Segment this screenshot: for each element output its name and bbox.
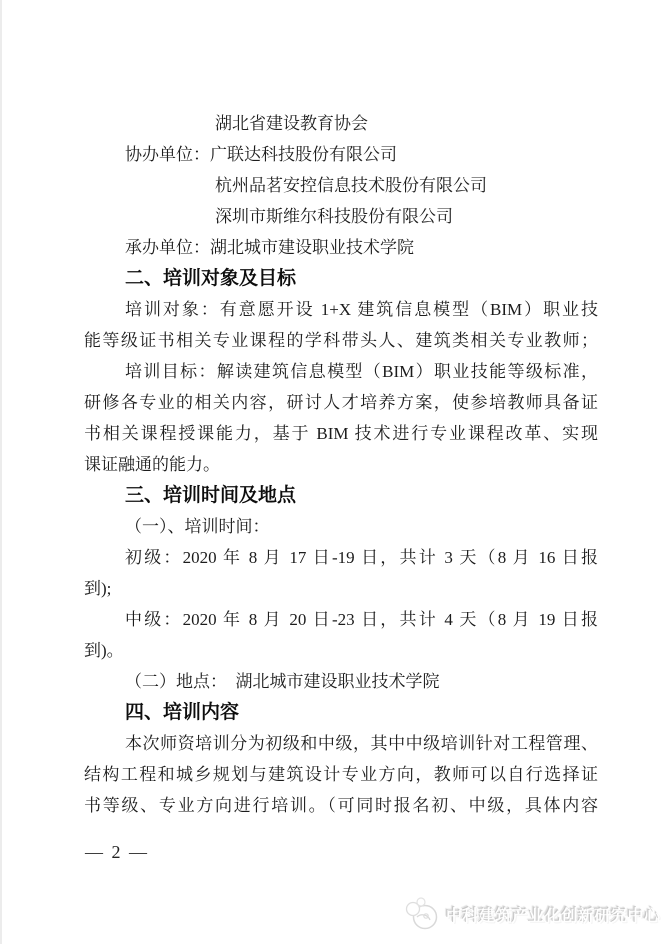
doc-line: 协办单位：广联达科技股份有限公司 xyxy=(84,139,598,170)
doc-line: 结构工程和城乡规划与建筑设计专业方向，教师可以自行选择证 xyxy=(84,759,598,790)
doc-line: 培训对象：有意愿开设 1+X 建筑信息模型（BIM）职业技 xyxy=(125,294,598,325)
doc-line: 中级：2020 年 8 月 20 日-23 日，共计 4 天（8 月 19 日报 xyxy=(125,604,598,635)
doc-line: 研修各专业的相关内容，研讨人才培养方案，使参培教师具备证 xyxy=(84,387,598,418)
doc-line: 到); xyxy=(84,573,598,604)
doc-line: 湖北省建设教育协会 xyxy=(84,108,598,139)
section-heading: 四、培训内容 xyxy=(84,697,598,728)
doc-line: 杭州品茗安控信息技术股份有限公司 xyxy=(84,170,598,201)
section-heading: 三、培训时间及地点 xyxy=(84,480,598,511)
doc-line: （一）、培训时间： xyxy=(84,511,598,542)
doc-line: 培训目标：解读建筑信息模型（BIM）职业技能等级标准， xyxy=(125,356,598,387)
section-heading: 二、培训对象及目标 xyxy=(84,263,598,294)
doc-line: 到)。 xyxy=(84,635,598,666)
doc-line: 课证融通的能力。 xyxy=(84,449,598,480)
page-number: — 2 — xyxy=(85,840,149,864)
emblem-icon xyxy=(404,895,438,933)
page-left-edge xyxy=(0,0,2,944)
doc-line: 本次师资培训分为初级和中级，其中中级培训针对工程管理、 xyxy=(125,728,598,759)
doc-line: 书相关课程授课能力，基于 BIM 技术进行专业课程改革、实现 xyxy=(84,418,598,449)
watermark: 中科建筑产业化创新研究中心 xyxy=(404,893,661,935)
doc-line: 初级：2020 年 8 月 17 日-19 日，共计 3 天（8 月 16 日报 xyxy=(125,542,598,573)
doc-line: （二）地点： 湖北城市建设职业技术学院 xyxy=(84,666,598,697)
doc-line: 深圳市斯维尔科技股份有限公司 xyxy=(84,201,598,232)
doc-line: 能等级证书相关专业课程的学科带头人、建筑类相关专业教师； xyxy=(84,325,598,356)
watermark-text: 中科建筑产业化创新研究中心 xyxy=(446,903,661,926)
document-body: 湖北省建设教育协会协办单位：广联达科技股份有限公司杭州品茗安控信息技术股份有限公… xyxy=(84,108,598,821)
doc-line: 书等级、专业方向进行培训。（可同时报名初、中级，具体内容 xyxy=(84,790,598,821)
doc-line: 承办单位：湖北城市建设职业技术学院 xyxy=(84,232,598,263)
